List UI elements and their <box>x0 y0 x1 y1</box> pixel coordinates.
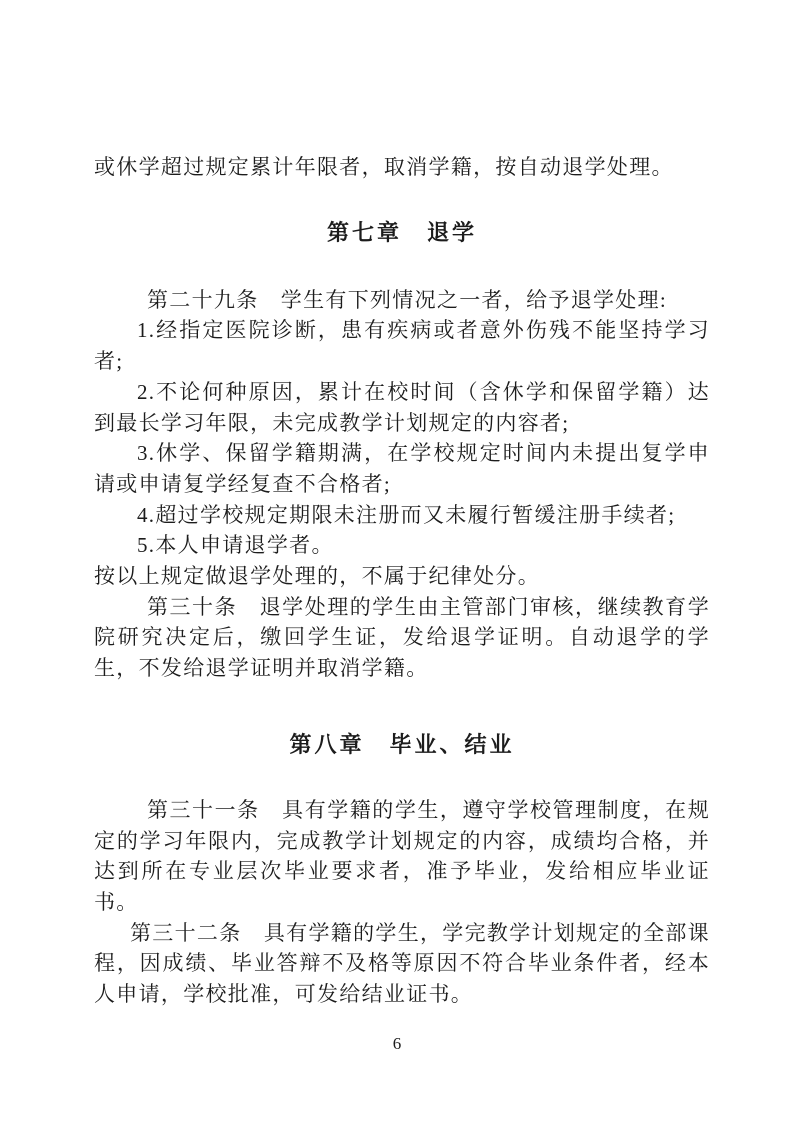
article-29-item-1: 1.经指定医院诊断，患有疾病或者意外伤残不能坚持学习者; <box>94 315 710 376</box>
article-29-item-3: 3.休学、保留学籍期满，在学校规定时间内未提出复学申请或申请复学经复查不合格者; <box>94 438 710 499</box>
article-30: 第三十条 退学处理的学生由主管部门审核，继续教育学院研究决定后，缴回学生证，发给… <box>94 592 710 684</box>
chapter-8-heading: 第八章 毕业、结业 <box>94 728 710 762</box>
article-29-item-4: 4.超过学校规定期限未注册而又未履行暂缓注册手续者; <box>94 500 710 531</box>
chapter-7-heading: 第七章 退学 <box>94 216 710 250</box>
document-body: 或休学超过规定累计年限者，取消学籍，按自动退学处理。 第七章 退学 第二十九条 … <box>0 0 794 1010</box>
article-32: 第三十二条 具有学籍的学生，学完教学计划规定的全部课程，因成绩、毕业答辩不及格等… <box>94 918 710 1010</box>
article-29-note: 按以上规定做退学处理的，不属于纪律处分。 <box>94 561 710 592</box>
paragraph-carryover: 或休学超过规定累计年限者，取消学籍，按自动退学处理。 <box>94 152 710 183</box>
page-number: 6 <box>393 1034 402 1053</box>
article-31: 第三十一条 具有学籍的学生，遵守学校管理制度，在规定的学习年限内，完成教学计划规… <box>94 795 710 918</box>
article-29-intro: 第二十九条 学生有下列情况之一者，给予退学处理: <box>94 285 710 316</box>
document-page: 或休学超过规定累计年限者，取消学籍，按自动退学处理。 第七章 退学 第二十九条 … <box>0 0 794 1123</box>
article-29-item-2: 2.不论何种原因，累计在校时间（含休学和保留学籍）达到最长学习年限，未完成教学计… <box>94 377 710 438</box>
article-29-item-5: 5.本人申请退学者。 <box>94 530 710 561</box>
page-footer: 6 <box>0 1034 794 1054</box>
